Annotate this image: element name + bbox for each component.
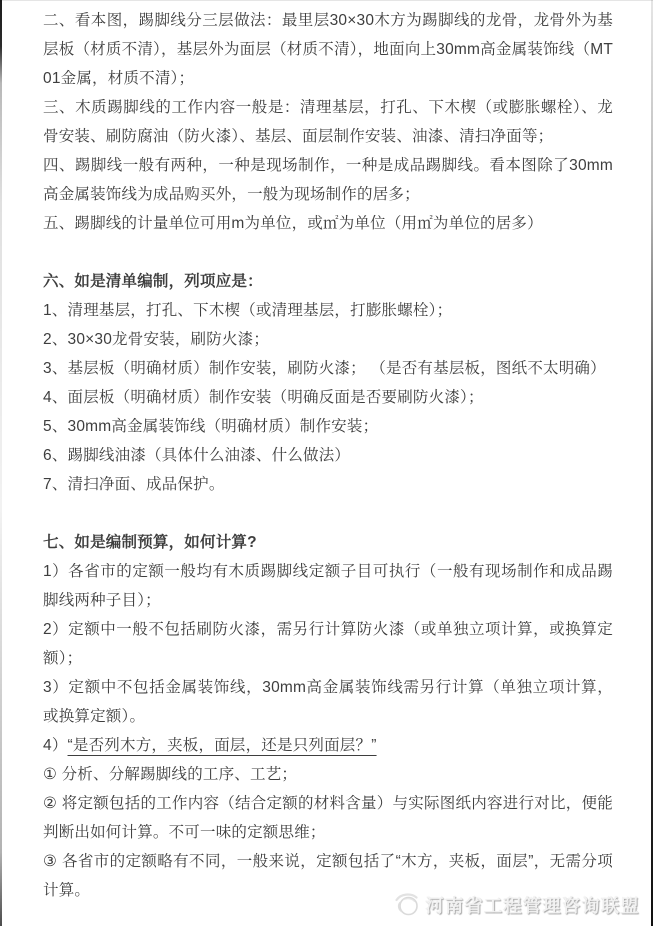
list-item-3: 3、基层板（明确材质）制作安装，刷防火漆； （是否有基层板，图纸不太明确） [43, 354, 613, 383]
paragraph-measure-unit: 五、踢脚线的计量单位可用m为单位，或㎡为单位（用㎡为单位的居多） [43, 209, 613, 238]
sub-item-circle-3: ③ 各省市的定额略有不同，一般来说，定额包括了“木方，夹板，面层”，无需分项计算… [43, 847, 613, 905]
sub-item-circle-2: ② 将定额包括的工作内容（结合定额的材料含量）与实际图纸内容进行对比，便能判断出… [43, 789, 613, 847]
list-item-5: 5、30mm高金属装饰线（明确材质）制作安装； [43, 412, 613, 441]
paragraph-two-types: 四、踢脚线一般有两种，一种是现场制作，一种是成品踢脚线。看本图除了30mm高金属… [43, 151, 613, 209]
list-item-1: 1、清理基层，打孔、下木楔（或清理基层，打膨胀螺栓）； [43, 296, 613, 325]
budget-item-1: 1）各省市的定额一般均有木质踢脚线定额子目可执行（一般有现场制作和成品踢脚线两种… [43, 557, 613, 615]
list-item-4: 4、面层板（明确材质）制作安装（明确反面是否要刷防火漆）； [43, 383, 613, 412]
document-page: 二、看本图，踢脚线分三层做法：最里层30×30木方为踢脚线的龙骨，龙骨外为基层板… [0, 0, 653, 926]
list-item-6: 6、踢脚线油漆（具体什么油漆、什么做法） [43, 441, 613, 470]
paragraph-skirting-three-layers: 二、看本图，踢脚线分三层做法：最里层30×30木方为踢脚线的龙骨，龙骨外为基层板… [43, 6, 613, 93]
budget-item-4-underlined-question: “是否列木方，夹板，面层，还是只列面层？” [68, 737, 377, 754]
budget-item-3: 3）定额中不包括金属装饰线，30mm高金属装饰线需另行计算（单独立项计算，或换算… [43, 673, 613, 731]
sub-item-circle-1: ① 分析、分解踢脚线的工序、工艺； [43, 760, 613, 789]
paragraph-work-scope: 三、木质踢脚线的工作内容一般是：清理基层，打孔、下木楔（或膨胀螺栓）、龙骨安装、… [43, 93, 613, 151]
section-heading-budget-calculation: 七、如是编制预算，如何计算? [43, 528, 613, 557]
page-edge-top [0, 0, 653, 1]
page-edge-left [0, 0, 2, 926]
budget-item-4-prefix: 4） [43, 737, 68, 754]
list-item-2: 2、30×30龙骨安装，刷防火漆； [43, 325, 613, 354]
list-item-7: 7、清扫净面、成品保护。 [43, 470, 613, 499]
budget-item-2: 2）定额中一般不包括刷防火漆，需另行计算防火漆（或单独立项计算，或换算定额）； [43, 615, 613, 673]
document-content: 二、看本图，踢脚线分三层做法：最里层30×30木方为踢脚线的龙骨，龙骨外为基层板… [43, 6, 613, 905]
budget-item-4: 4）“是否列木方，夹板，面层，还是只列面层？” [43, 731, 613, 760]
section-heading-list-compilation: 六、如是清单编制，列项应是： [43, 267, 613, 296]
